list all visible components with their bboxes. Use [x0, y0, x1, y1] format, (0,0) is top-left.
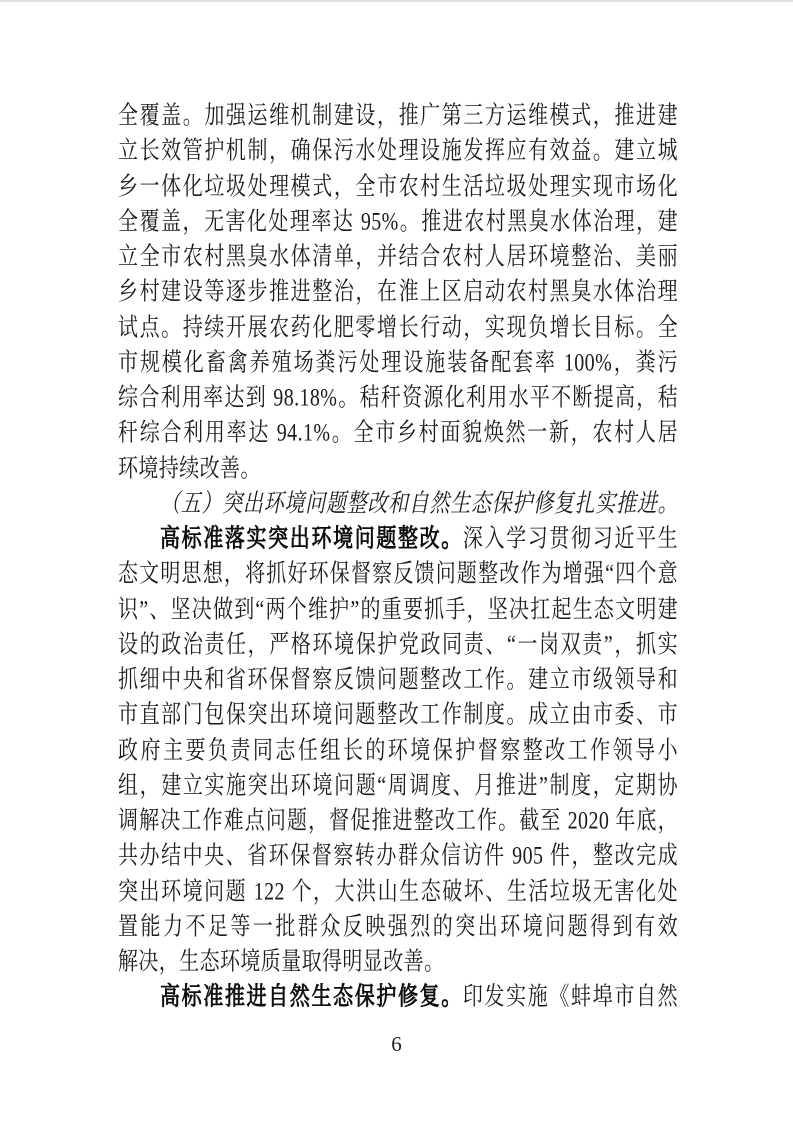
body-text: 乡村建设等逐步推进整治，在淮上区启动农村黑臭水体治理 [118, 278, 678, 306]
body-text: 态文明思想，将抓好环保督察反馈问题整改作为增强“四个意 [118, 560, 678, 588]
body-text: 乡一体化垃圾处理模式，全市农村生活垃圾处理实现市场化 [118, 172, 678, 200]
body-text: 市规模化畜禽养殖场粪污处理设施装备配套率 100%，粪污 [118, 349, 678, 377]
bold-lead-in-text: 高标准推进自然生态保护修复。 [160, 983, 463, 1011]
paragraph-ecological-restoration: 高标准推进自然生态保护修复。印发实施《蚌埠市自然 [118, 980, 678, 1015]
body-text: 环境持续改善。 [118, 454, 261, 482]
body-text: 立全市农村黑臭水体清单，并结合农村人居环境整治、美丽 [118, 243, 678, 271]
body-text: 秆综合利用率达 94.1%。全市乡村面貌焕然一新，农村人居 [118, 419, 678, 447]
document-text-block: 全覆盖。加强运维机制建设，推广第三方运维模式，推进建立长效管护机制，确保污水处理… [118, 99, 678, 1016]
text-line: 高标准推进自然生态保护修复。印发实施《蚌埠市自然 [118, 976, 678, 1020]
body-text: 解决，生态环境质量取得明显改善。 [118, 948, 444, 976]
body-text: 突出环境问题 122 个，大洪山生态破坏、生活垃圾无害化处 [118, 877, 678, 905]
body-text: 政府主要负责同志任组长的环境保护督察整改工作领导小 [118, 736, 678, 764]
body-text: 调解决工作难点问题，督促推进整改工作。截至 2020 年底， [118, 807, 678, 835]
paragraph-rural-environment-improvement: 全覆盖。加强运维机制建设，推广第三方运维模式，推进建立长效管护机制，确保污水处理… [118, 99, 678, 487]
body-text: 试点。持续开展农药化肥零增长行动，实现负增长目标。全 [118, 313, 678, 341]
body-text: 综合利用率达到 98.18%。秸秆资源化利用水平不断提高，秸 [118, 384, 678, 412]
body-text: 设的政治责任，严格环境保护党政同责、“一岗双责”，抓实 [118, 631, 678, 659]
body-text: 立长效管护机制，确保污水处理设施发挥应有效益。建立城 [118, 137, 678, 165]
page-number: 6 [391, 1032, 402, 1056]
bold-lead-in-text: 高标准落实突出环境问题整改。 [160, 525, 463, 553]
body-text: 深入学习贯彻习近平生 [463, 525, 678, 553]
scan-top-edge [0, 0, 793, 2]
body-text: （五）突出环境问题整改和自然生态保护修复扎实推进。 [160, 490, 678, 518]
paragraph-problem-rectification: 高标准落实突出环境问题整改。深入学习贯彻习近平生态文明思想，将抓好环保督察反馈问… [118, 522, 678, 980]
body-text: 全覆盖。加强运维机制建设，推广第三方运维模式，推进建 [118, 102, 678, 130]
body-text: 组，建立实施突出环境问题“周调度、月推进”制度，定期协 [118, 772, 678, 800]
body-text: 置能力不足等一批群众反映强烈的突出环境问题得到有效 [118, 913, 678, 941]
body-text: 印发实施《蚌埠市自然 [463, 983, 678, 1011]
body-text: 共办结中央、省环保督察转办群众信访件 905 件，整改完成 [118, 842, 678, 870]
page-footer: 6 [0, 1032, 793, 1057]
body-text: 抓细中央和省环保督察反馈问题整改工作。建立市级领导和 [118, 666, 678, 694]
body-text: 市直部门包保突出环境问题整改工作制度。成立由市委、市 [118, 701, 678, 729]
body-text: 识”、坚决做到“两个维护”的重要抓手，坚决扛起生态文明建 [118, 595, 678, 623]
body-text: 全覆盖，无害化处理率达 95%。推进农村黑臭水体治理，建 [118, 208, 678, 236]
